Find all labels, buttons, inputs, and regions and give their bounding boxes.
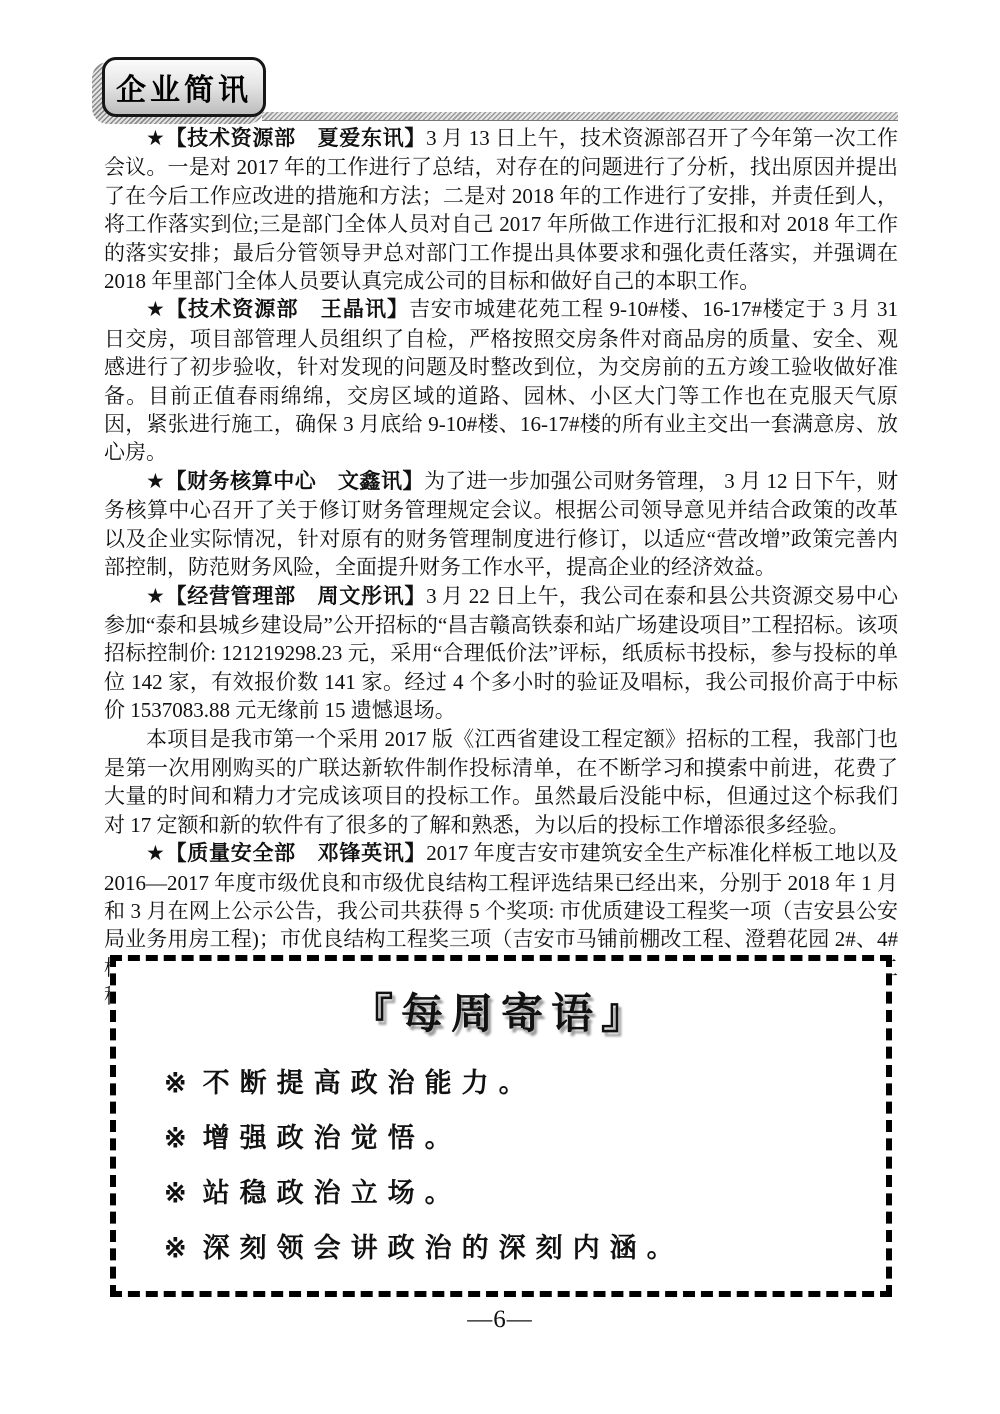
section-badge-label: 企业简讯 <box>116 65 252 109</box>
article-paragraph: ★【技术资源部 王晶讯】吉安市城建花苑工程 9-10#楼、16-17#楼定于 3… <box>104 295 898 466</box>
section-badge: 企业简讯 <box>102 57 266 117</box>
article-header: ★【技术资源部 王晶讯】 <box>146 298 409 321</box>
page-number: —6— <box>0 1306 1000 1334</box>
item-marker: ※ <box>164 1123 187 1154</box>
articles-content: ★【技术资源部 夏爱东讯】3 月 13 日上午，技术资源部召开了今年第一次工作会… <box>104 124 898 1011</box>
item-marker: ※ <box>164 1178 187 1209</box>
weekly-item-text: 增强政治觉悟。 <box>203 1123 462 1154</box>
article-paragraph: 本项目是我市第一个采用 2017 版《江西省建设工程定额》招标的工程，我部门也是… <box>104 725 898 840</box>
item-marker: ※ <box>164 1068 187 1099</box>
weekly-item-text: 深刻领会讲政治的深刻内涵。 <box>203 1233 684 1264</box>
weekly-box-title: 『每周寄语』 <box>116 981 886 1041</box>
article-paragraph: ★【经营管理部 周文彤讯】3 月 22 日上午，我公司在泰和县公共资源交易中心参… <box>104 582 898 725</box>
article-body: 本项目是我市第一个采用 2017 版《江西省建设工程定额》招标的工程，我部门也是… <box>104 727 898 837</box>
newsletter-page: 企业简讯 ★【技术资源部 夏爱东讯】3 月 13 日上午，技术资源部召开了今年第… <box>0 0 1000 1414</box>
weekly-item: ※深刻领会讲政治的深刻内涵。 <box>164 1234 886 1264</box>
weekly-box-items: ※不断提高政治能力。 ※增强政治觉悟。 ※站稳政治立场。 ※深刻领会讲政治的深刻… <box>164 1069 886 1264</box>
article-body: 吉安市城建花苑工程 9-10#楼、16-17#楼定于 3 月 31 日交房，项目… <box>104 297 898 464</box>
weekly-item-text: 站稳政治立场。 <box>203 1178 462 1209</box>
article-header: ★【财务核算中心 文鑫讯】 <box>146 470 424 493</box>
article-paragraph: ★【财务核算中心 文鑫讯】为了进一步加强公司财务管理， 3 月 12 日下午，财… <box>104 467 898 582</box>
article-header: ★【经营管理部 周文彤讯】 <box>146 585 426 608</box>
article-header: ★【技术资源部 夏爱东讯】 <box>146 127 426 150</box>
weekly-item: ※增强政治觉悟。 <box>164 1124 886 1154</box>
article-paragraph: ★【技术资源部 夏爱东讯】3 月 13 日上午，技术资源部召开了今年第一次工作会… <box>104 124 898 295</box>
article-header: ★【质量安全部 邓锋英讯】 <box>146 842 426 865</box>
weekly-message-box: 『每周寄语』 ※不断提高政治能力。 ※增强政治觉悟。 ※站稳政治立场。 ※深刻领… <box>110 955 892 1297</box>
article-body: 3 月 13 日上午，技术资源部召开了今年第一次工作会议。一是对 2017 年的… <box>104 126 898 293</box>
masthead-rule <box>262 112 898 121</box>
weekly-item-text: 不断提高政治能力。 <box>203 1068 536 1099</box>
item-marker: ※ <box>164 1233 187 1264</box>
weekly-item: ※不断提高政治能力。 <box>164 1069 886 1099</box>
weekly-item: ※站稳政治立场。 <box>164 1179 886 1209</box>
